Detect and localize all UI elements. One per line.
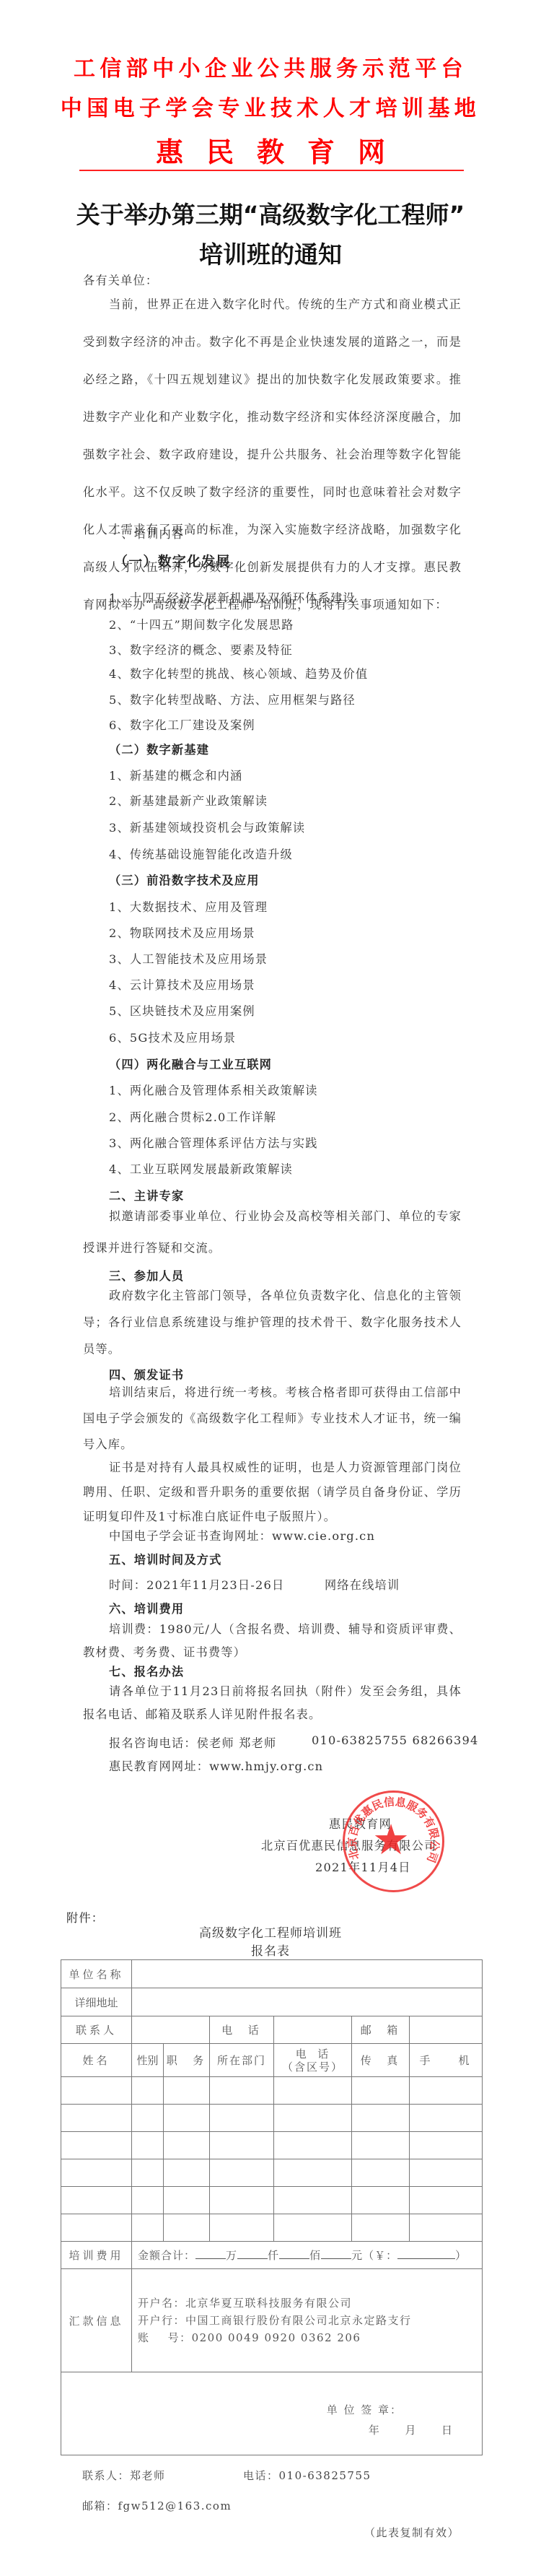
col-department: 所在部门 bbox=[210, 2044, 274, 2077]
list-item: 6、数字化工厂建设及案例 bbox=[109, 715, 255, 733]
cell[interactable] bbox=[164, 2159, 210, 2187]
row-remittance: 汇款信息 开户名：北京华夏互联科技服务有限公司 开户行：中国工商银行股份有限公司… bbox=[61, 2269, 483, 2372]
form-title-line-1: 高级数字化工程师培训班 bbox=[0, 1923, 541, 1941]
cell[interactable] bbox=[210, 2187, 274, 2214]
cell[interactable] bbox=[274, 2214, 352, 2242]
cell[interactable] bbox=[274, 2132, 352, 2159]
registration-text: 请各单位于11月23日前将报名回执（附件）发至会务组，具体报名电话、邮箱及联系人… bbox=[83, 1680, 462, 1726]
address-label: 详细地址 bbox=[61, 1988, 132, 2016]
certificate-text-1: 培训结束后，将进行统一考核。考核合格者即可获得由工信部中国电子学会颁发的《高级数… bbox=[83, 1380, 462, 1458]
registration-website: 惠民教育网网址：www.hmjy.org.cn bbox=[109, 1757, 323, 1774]
cell[interactable] bbox=[210, 2159, 274, 2187]
row-unit-name: 单位名称 bbox=[61, 1960, 483, 1988]
contact-email-field[interactable] bbox=[410, 2016, 483, 2044]
list-item: 6、5G技术及应用场景 bbox=[109, 1028, 236, 1045]
list-item: 3、两化融合管理体系评估方法与实践 bbox=[109, 1133, 318, 1151]
cell[interactable] bbox=[164, 2077, 210, 2105]
account-number: 账 号：0200 0049 0920 0362 206 bbox=[138, 2329, 482, 2346]
fee-wan: 万 bbox=[226, 2249, 237, 2262]
list-item: 1、大数据技术、应用及管理 bbox=[109, 897, 268, 915]
fee-label: 培训费用 bbox=[61, 2242, 132, 2269]
list-item: 3、新基建领域投资机会与政策解读 bbox=[109, 818, 305, 835]
cell[interactable] bbox=[164, 2214, 210, 2242]
list-item: 4、传统基础设施智能化改造升级 bbox=[109, 845, 293, 862]
cell[interactable] bbox=[410, 2132, 483, 2159]
form-title-line-2: 报名表 bbox=[0, 1941, 541, 1959]
row-contact: 联系人 电 话 邮 箱 bbox=[61, 2016, 483, 2044]
cell[interactable] bbox=[132, 2077, 164, 2105]
cell[interactable] bbox=[352, 2214, 410, 2242]
letterhead-divider bbox=[79, 170, 464, 171]
remittance-label: 汇款信息 bbox=[61, 2269, 132, 2372]
cell[interactable] bbox=[352, 2077, 410, 2105]
cell[interactable] bbox=[410, 2214, 483, 2242]
section-heading-participants: 三、参加人员 bbox=[109, 1266, 184, 1284]
cell[interactable] bbox=[274, 2105, 352, 2132]
certificate-text-2: 证书是对持有人最具权威性的证明，也是人力资源管理部门岗位聘用、任职、定级和晋升职… bbox=[83, 1455, 462, 1529]
fee-bai-blank[interactable] bbox=[279, 2248, 309, 2259]
fee-prefix: 金额合计： bbox=[138, 2249, 195, 2262]
cell[interactable] bbox=[410, 2105, 483, 2132]
cell[interactable] bbox=[352, 2132, 410, 2159]
cell[interactable] bbox=[352, 2187, 410, 2214]
footer-contact: 联系人：郑老师 bbox=[82, 2468, 166, 2483]
list-item: 2、新基建最新产业政策解读 bbox=[109, 791, 268, 809]
table-row bbox=[61, 2077, 483, 2105]
participant-header-row: 姓名 性别 职 务 所在部门 电 话 （含区号） 传 真 手 机 bbox=[61, 2044, 483, 2077]
contact-email-label: 邮 箱 bbox=[352, 2016, 410, 2044]
contact-field[interactable] bbox=[132, 2016, 210, 2044]
list-item: 2、“十四五”期间数字化发展思路 bbox=[109, 615, 294, 632]
fees-text: 培训费：1980元/人（含报名费、培训费、辅导和资质评审费、教材费、考务费、证书… bbox=[83, 1618, 462, 1664]
col-phone-label: 电 话 bbox=[274, 2048, 351, 2061]
cell[interactable] bbox=[132, 2187, 164, 2214]
table-row bbox=[61, 2132, 483, 2159]
letterhead-line-1: 工信部中小企业公共服务示范平台 bbox=[0, 51, 541, 82]
cell[interactable] bbox=[132, 2132, 164, 2159]
col-phone: 电 话 （含区号） bbox=[274, 2044, 352, 2077]
col-gender: 性别 bbox=[132, 2044, 164, 2077]
registration-form-table: 单位名称 详细地址 联系人 电 话 邮 箱 姓名 性别 职 务 所在部门 电 话… bbox=[61, 1959, 483, 2455]
list-item: 5、数字化转型战略、方法、应用框架与路径 bbox=[109, 690, 356, 708]
account-name: 开户名：北京华夏互联科技服务有限公司 bbox=[138, 2294, 482, 2312]
col-name: 姓名 bbox=[61, 2044, 132, 2077]
fee-wan-blank[interactable] bbox=[195, 2248, 226, 2259]
group-title-2: （二）数字新基建 bbox=[109, 740, 209, 757]
remittance-info: 开户名：北京华夏互联科技服务有限公司 开户行：中国工商银行股份有限公司北京永定路… bbox=[132, 2269, 483, 2372]
list-item: 1、新基建的概念和内涵 bbox=[109, 766, 242, 783]
cell[interactable] bbox=[274, 2077, 352, 2105]
cell[interactable] bbox=[410, 2159, 483, 2187]
cell[interactable] bbox=[61, 2105, 132, 2132]
row-address: 详细地址 bbox=[61, 1988, 483, 2016]
fee-close: ） bbox=[455, 2249, 467, 2262]
section-heading-fees: 六、培训费用 bbox=[109, 1599, 184, 1616]
cell[interactable] bbox=[274, 2187, 352, 2214]
contact-phone-label: 电 话 bbox=[210, 2016, 274, 2044]
cell[interactable] bbox=[132, 2105, 164, 2132]
list-item: 2、物联网技术及应用场景 bbox=[109, 923, 255, 941]
cell[interactable] bbox=[410, 2187, 483, 2214]
sign-date-label: 年 月 日 bbox=[61, 2420, 453, 2440]
registration-phone-label: 报名咨询电话：侯老师 郑老师 bbox=[109, 1733, 276, 1751]
address-field[interactable] bbox=[132, 1988, 483, 2016]
unit-name-field[interactable] bbox=[132, 1960, 483, 1988]
section-heading-registration: 七、报名办法 bbox=[109, 1662, 184, 1679]
list-item: 1、十四五经济发展新机遇及双循环体系建设 bbox=[109, 588, 356, 606]
list-item: 5、区块链技术及应用案例 bbox=[109, 1001, 255, 1019]
col-mobile: 手 机 bbox=[410, 2044, 483, 2077]
fee-qian-blank[interactable] bbox=[237, 2248, 268, 2259]
section-heading-content: 一、培训内容 bbox=[109, 524, 184, 541]
table-row bbox=[61, 2187, 483, 2214]
list-item: 1、两化融合及管理体系相关政策解读 bbox=[109, 1081, 318, 1098]
unit-name-label: 单位名称 bbox=[61, 1960, 132, 1988]
notice-title-line-2: 培训班的通知 bbox=[0, 236, 541, 270]
list-item: 2、两化融合贯标2.0工作详解 bbox=[109, 1108, 276, 1125]
cell[interactable] bbox=[210, 2132, 274, 2159]
fee-qian: 仟 bbox=[268, 2249, 279, 2262]
cell[interactable] bbox=[61, 2187, 132, 2214]
schedule-time: 时间：2021年11月23日-26日 bbox=[109, 1575, 284, 1593]
table-row bbox=[61, 2159, 483, 2187]
list-item: 4、工业互联网发展最新政策解读 bbox=[109, 1159, 293, 1177]
cell[interactable] bbox=[132, 2214, 164, 2242]
fee-bai: 佰 bbox=[309, 2249, 321, 2262]
list-item: 4、数字化转型的挑战、核心领域、趋势及价值 bbox=[109, 664, 368, 682]
cell[interactable] bbox=[164, 2187, 210, 2214]
col-position: 职 务 bbox=[164, 2044, 210, 2077]
table-row bbox=[61, 2214, 483, 2242]
cell[interactable] bbox=[274, 2159, 352, 2187]
col-fax: 传 真 bbox=[352, 2044, 410, 2077]
row-fee: 培训费用 金额合计：万仟佰元（￥：） bbox=[61, 2242, 483, 2269]
cell[interactable] bbox=[164, 2105, 210, 2132]
col-phone-area-code: （含区号） bbox=[274, 2061, 351, 2074]
fee-yuan-blank[interactable] bbox=[321, 2248, 351, 2259]
cell[interactable] bbox=[352, 2159, 410, 2187]
fee-total-blank[interactable] bbox=[397, 2248, 455, 2259]
official-seal: 北京百优惠民信息服务有限公司 ★ bbox=[343, 1790, 444, 1892]
table-row bbox=[61, 2105, 483, 2132]
cell[interactable] bbox=[210, 2105, 274, 2132]
group-title-4: （四）两化融合与工业互联网 bbox=[109, 1055, 272, 1072]
notice-title-line-1: 关于举办第三期“高级数字化工程师” bbox=[0, 196, 541, 230]
seal-star-icon: ★ bbox=[372, 1819, 410, 1861]
schedule-mode: 网络在线培训 bbox=[325, 1575, 400, 1593]
cell[interactable] bbox=[210, 2077, 274, 2105]
list-item: 4、云计算技术及应用场景 bbox=[109, 975, 255, 993]
contact-phone-field[interactable] bbox=[274, 2016, 352, 2044]
participants-text: 政府数字化主管部门领导，各单位负责数字化、信息化的主管领导；各行业信息系统建设与… bbox=[83, 1282, 462, 1362]
cell[interactable] bbox=[164, 2132, 210, 2159]
registration-phone-numbers: 010-63825755 68266394 bbox=[312, 1733, 479, 1747]
list-item: 3、数字经济的概念、要素及特征 bbox=[109, 640, 293, 658]
cell[interactable] bbox=[410, 2077, 483, 2105]
row-signature: 单 位 签 章： 年 月 日 bbox=[61, 2372, 483, 2455]
footer-phone: 电话：010-63825755 bbox=[243, 2468, 371, 2483]
fee-amount-field[interactable]: 金额合计：万仟佰元（￥：） bbox=[132, 2242, 483, 2269]
group-title-3: （三）前沿数字技术及应用 bbox=[109, 871, 260, 888]
bank-name: 开户行：中国工商银行股份有限公司北京永定路支行 bbox=[138, 2312, 482, 2329]
contact-label: 联系人 bbox=[61, 2016, 132, 2044]
cell[interactable] bbox=[61, 2159, 132, 2187]
cell[interactable] bbox=[61, 2214, 132, 2242]
cell[interactable] bbox=[61, 2077, 132, 2105]
letterhead-brand: 惠民教育网 bbox=[0, 130, 541, 170]
cell[interactable] bbox=[132, 2159, 164, 2187]
experts-text: 拟邀请部委事业单位、行业协会及高校等相关部门、单位的专家授课并进行答疑和交流。 bbox=[83, 1201, 462, 1264]
footer-email: 邮箱：fgw512@163.com bbox=[82, 2498, 232, 2513]
intro-paragraph: 当前，世界正在进入数字化时代。传统的生产方式和商业模式正受到数字经济的冲击。数字… bbox=[83, 286, 462, 624]
footer-note: （此表复制有效） bbox=[364, 2525, 459, 2540]
group-title-1: （一）数字化发展 bbox=[114, 551, 231, 570]
signature-area[interactable]: 单 位 签 章： 年 月 日 bbox=[61, 2372, 483, 2455]
cell[interactable] bbox=[61, 2132, 132, 2159]
seal-label: 单 位 签 章： bbox=[61, 2400, 453, 2420]
fee-yuan: 元（￥： bbox=[351, 2249, 397, 2262]
certificate-query-site: 中国电子学会证书查询网址：www.cie.org.cn bbox=[109, 1526, 375, 1544]
list-item: 3、人工智能技术及应用场景 bbox=[109, 949, 268, 967]
letterhead-line-2: 中国电子学会专业技术人才培训基地 bbox=[0, 90, 541, 122]
section-heading-schedule: 五、培训时间及方式 bbox=[109, 1550, 222, 1567]
cell[interactable] bbox=[210, 2214, 274, 2242]
cell[interactable] bbox=[352, 2105, 410, 2132]
